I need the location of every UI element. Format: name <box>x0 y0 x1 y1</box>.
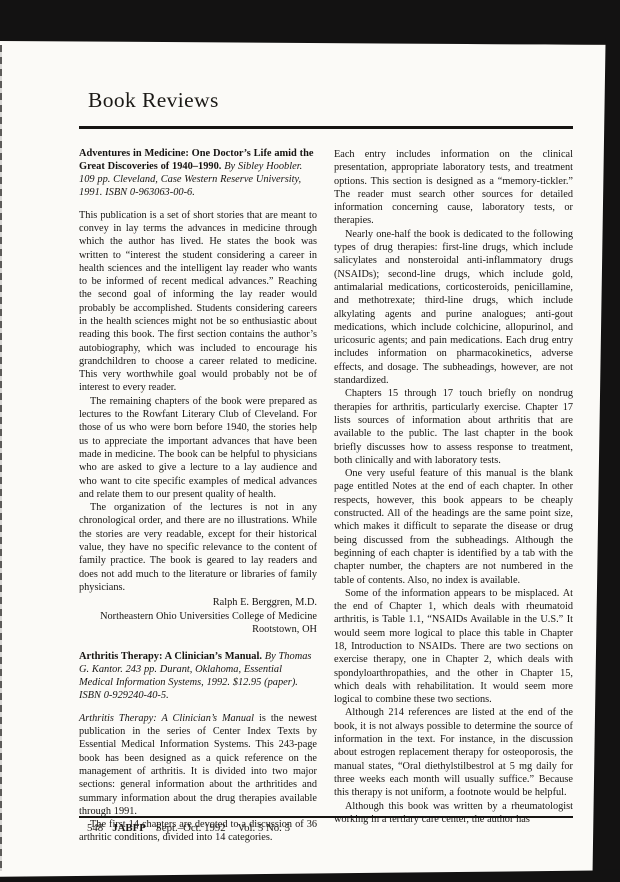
review-2-paragraph-3: Each entry includes information on the c… <box>334 148 573 228</box>
page-title: Book Reviews <box>88 88 219 113</box>
right-column: Each entry includes information on the c… <box>334 148 573 826</box>
reviewer-name: Ralph E. Berggren, M.D. <box>79 596 317 609</box>
review-2-paragraph-7: Some of the information appears to be mi… <box>334 587 573 707</box>
footer-rule <box>79 816 573 818</box>
footer-issue-date: Sept.–Oct. 1992 <box>156 822 226 834</box>
page-footer: 548JABFPSept.–Oct. 1992Vol. 5 No. 5 <box>87 822 290 834</box>
title-rule <box>79 126 573 129</box>
reviewer-affiliation: Northeastern Ohio Universities College o… <box>79 610 317 623</box>
footer-journal-abbrev: JABFP <box>112 822 146 834</box>
review-2-paragraph-6: One very useful feature of this manual i… <box>334 467 573 587</box>
review-1-paragraph-2: The remaining chapters of the book were … <box>79 395 317 501</box>
review-2-paragraph-9: Although this book was written by a rheu… <box>334 800 573 827</box>
scanned-journal-page: Book Reviews Adventures in Medicine: One… <box>0 0 620 882</box>
review-1-paragraph-3: The organization of the lectures is not … <box>79 501 317 594</box>
book-citation-2: Arthritis Therapy: A Clinician’s Manual.… <box>79 651 317 703</box>
scan-border-right <box>590 38 620 882</box>
reviewer-location: Rootstown, OH <box>79 623 317 636</box>
footer-page-number: 548 <box>87 822 103 834</box>
review-2-lead-italic: Arthritis Therapy: A Clinician’s Manual <box>79 713 254 724</box>
review-2-lead-rest: is the newest publication in the series … <box>79 713 317 817</box>
review-2-paragraph-5: Chapters 15 through 17 touch briefly on … <box>334 387 573 467</box>
book-title-2: Arthritis Therapy: A Clinician’s Manual. <box>79 651 262 662</box>
scan-edge-left <box>0 45 2 871</box>
reviewer-signature: Ralph E. Berggren, M.D. Northeastern Ohi… <box>79 596 317 636</box>
review-1-paragraph-1: This publication is a set of short stori… <box>79 209 317 395</box>
left-column: Adventures in Medicine: One Doctor’s Lif… <box>79 148 317 845</box>
review-2-paragraph-1: Arthritis Therapy: A Clinician’s Manual … <box>79 712 317 818</box>
scan-border-bottom <box>0 869 620 882</box>
footer-volume-number: Vol. 5 No. 5 <box>238 822 290 834</box>
review-2-paragraph-4: Nearly one-half the book is dedicated to… <box>334 228 573 388</box>
scan-border-top <box>0 0 620 45</box>
book-citation-1: Adventures in Medicine: One Doctor’s Lif… <box>79 148 317 200</box>
review-2-paragraph-8: Although 214 references are listed at th… <box>334 706 573 799</box>
